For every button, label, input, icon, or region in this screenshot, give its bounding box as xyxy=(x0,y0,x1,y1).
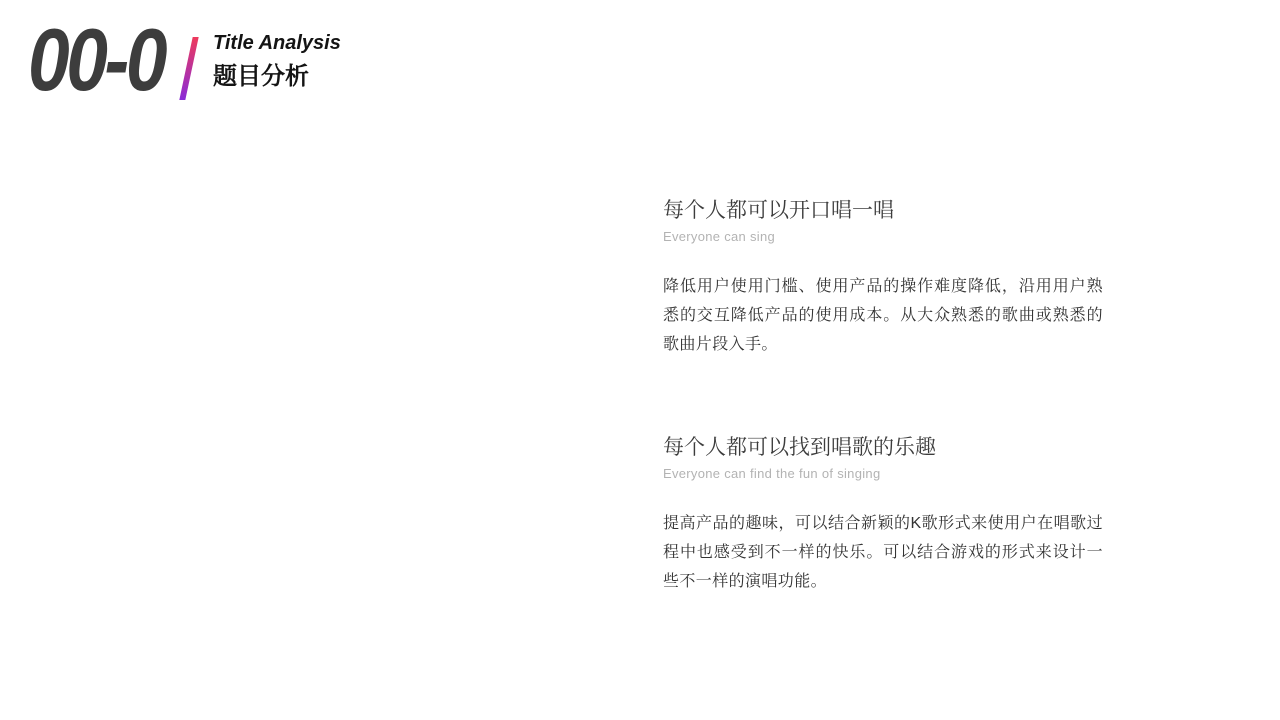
section-body-text: 降低用户使用门槛、使用产品的操作难度降低，沿用用户熟悉的交互降低产品的使用成本。… xyxy=(663,272,1103,359)
accent-slash-divider xyxy=(179,37,198,100)
section-subtitle-en: Everyone can find the fun of singing xyxy=(663,465,1103,483)
section-subtitle-en: Everyone can sing xyxy=(663,228,1103,246)
section-title-zh: 每个人都可以找到唱歌的乐趣 xyxy=(663,433,1103,463)
header-title-english: Title Analysis xyxy=(213,31,341,55)
section-title-zh: 每个人都可以开口唱一唱 xyxy=(663,196,1103,226)
header-titles: Title Analysis 题目分析 xyxy=(213,31,341,91)
content-column: 每个人都可以开口唱一唱 Everyone can sing 降低用户使用门槛、使… xyxy=(663,196,1103,596)
section-number: 00-0 xyxy=(28,20,164,100)
page-title: 题目分析 xyxy=(213,63,341,91)
section-body-text: 提高产品的趣味，可以结合新颖的K歌形式来使用户在唱歌过程中也感受到不一样的快乐。… xyxy=(663,509,1103,596)
section-everyone-can-sing: 每个人都可以开口唱一唱 Everyone can sing 降低用户使用门槛、使… xyxy=(663,196,1103,359)
presentation-slide: 00-0 Title Analysis 题目分析 每个人都可以开口唱一唱 Eve… xyxy=(0,0,1280,720)
section-find-fun-of-singing: 每个人都可以找到唱歌的乐趣 Everyone can find the fun … xyxy=(663,433,1103,596)
